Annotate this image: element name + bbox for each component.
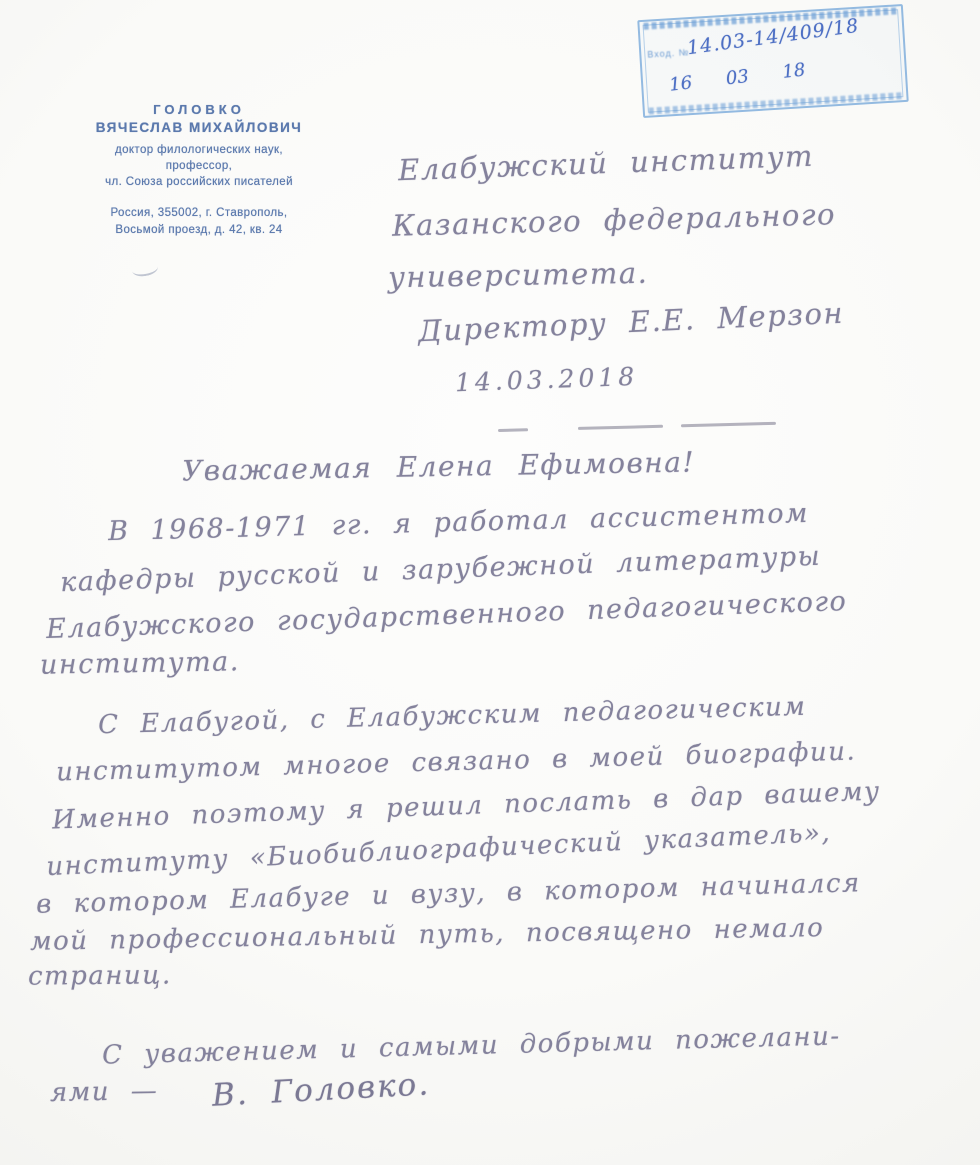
scanned-letter-page: Вход. № 14.03-14/409/18 160318 ГОЛОВКО В… <box>0 0 980 1165</box>
closing-line: ями — <box>50 1076 159 1108</box>
stamp-date-year: 18 <box>781 59 806 82</box>
body-line: С Елабугой, с Елабужским педагогическим <box>98 692 807 741</box>
letterhead-membership: чл. Союза российских писателей <box>48 174 350 190</box>
pen-squiggle-mark <box>131 260 159 278</box>
closing-line: С уважением и самыми добрыми пожелани- <box>102 1021 841 1070</box>
letterhead-title: профессор, <box>48 158 350 174</box>
body-line: институтом многое связано в моей биограф… <box>56 737 857 788</box>
body-line: мой профессиональный путь, посвящено нем… <box>30 913 825 957</box>
body-line: Елабужского государственного педагогичес… <box>46 586 848 645</box>
recipient-line: Казанского федерального <box>392 197 837 243</box>
body-line: страниц. <box>28 960 172 991</box>
signature: В. Головко. <box>211 1066 431 1113</box>
body-line: кафедры русской и зарубежной литературы <box>60 541 822 599</box>
body-line: В 1968-1971 гг. я работал ассистентом <box>108 498 810 547</box>
registration-stamp: Вход. № 14.03-14/409/18 160318 <box>637 4 908 118</box>
letterhead: ГОЛОВКО ВЯЧЕСЛАВ МИХАЙЛОВИЧ доктор филол… <box>48 102 350 238</box>
recipient-director-line: Директору Е.Е. Мерзон <box>417 296 844 349</box>
letter-date: 14.03.2018 <box>455 362 639 397</box>
salutation: Уважаемая Елена Ефимовна! <box>182 446 696 488</box>
letterhead-address-line2: Восьмой проезд, д. 42, кв. 24 <box>48 222 350 238</box>
letterhead-surname: ГОЛОВКО <box>48 102 350 117</box>
letterhead-degree: доктор филологических наук, <box>48 142 350 158</box>
stamp-date-day: 16 <box>668 72 693 95</box>
body-line: института. <box>40 646 240 680</box>
recipient-line: университета. <box>388 256 649 295</box>
letterhead-name-patronymic: ВЯЧЕСЛАВ МИХАЙЛОВИЧ <box>48 120 350 135</box>
letterhead-address-line1: Россия, 355002, г. Ставрополь, <box>48 205 350 222</box>
recipient-line: Елабужский институт <box>398 139 815 187</box>
handwritten-divider-line <box>498 414 808 440</box>
stamp-date-month: 03 <box>725 66 750 89</box>
